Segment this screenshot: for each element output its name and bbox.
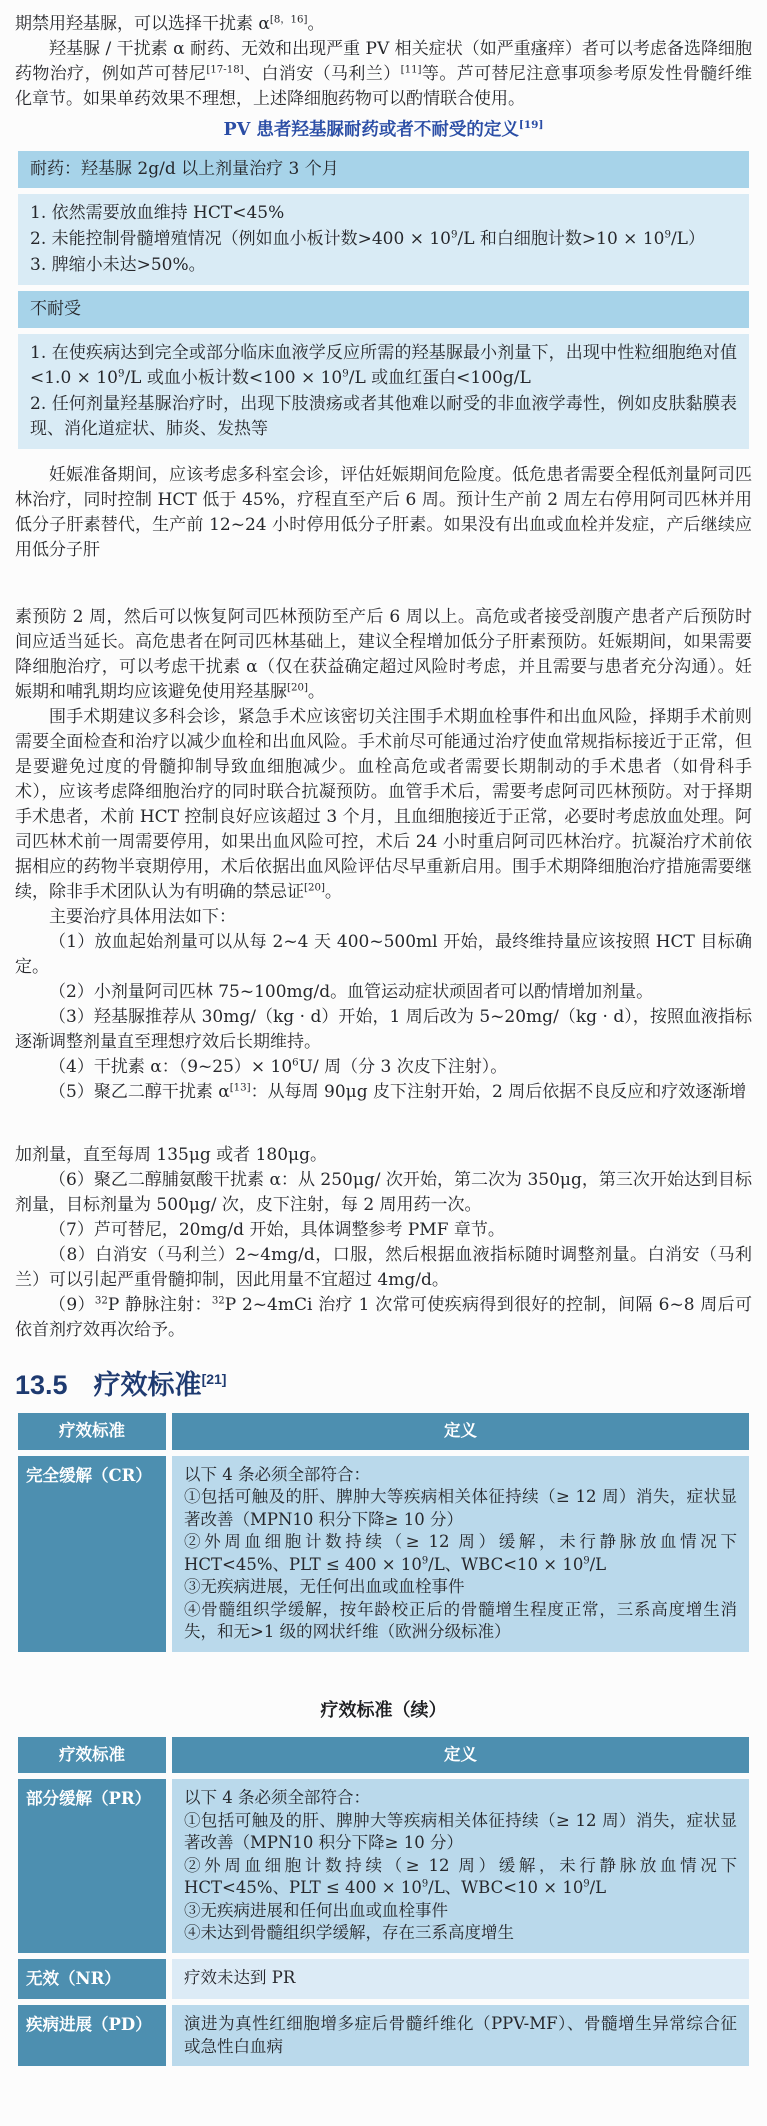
table1-intolerance-criteria: 1. 在使疾病达到完全或部分临床血液学反应所需的羟基脲最小剂量下，出现中性粒细胞… [18, 334, 749, 449]
definition-line: ②外周血细胞计数持续（≥ 12 周）缓解，未行静脉放血情况下 HCT<45%、P… [184, 1531, 737, 1576]
definition-line: ③无疾病进展，无任何出血或血栓事件 [184, 1576, 737, 1599]
definition-line: ①包括可触及的肝、脾肿大等疾病相关体征持续（≥ 12 周）消失，症状显著改善（M… [184, 1486, 737, 1531]
criterion-item: 3. 脾缩小未达>50%。 [30, 253, 737, 278]
guideline-document-page: 期禁用羟基脲，可以选择干扰素 α[8，16]。 羟基脲 / 干扰素 α 耐药、无… [0, 0, 767, 2126]
definition-line: ③无疾病进展和任何出血或血栓事件 [184, 1900, 737, 1923]
criterion-item: 2. 任何剂量羟基脲治疗时，出现下肢溃疡或者其他难以耐受的非血液学毒性，例如皮肤… [30, 392, 737, 442]
response-criteria-table-continued: 疗效标准 定义 部分缓解（PR） 以下 4 条必须全部符合： ①包括可触及的肝、… [18, 1737, 749, 2067]
row-definition-nr: 疗效未达到 PR [172, 1959, 749, 2000]
column-header-definition: 定义 [172, 1737, 749, 1774]
paragraph-pregnancy-1: 妊娠准备期间，应该考虑多科室会诊，评估妊娠期间危险度。低危患者需要全程低剂量阿司… [15, 463, 752, 563]
row-label-pd: 疾病进展（PD） [18, 2005, 166, 2066]
usage-item-1: （1）放血起始剂量可以从每 2~4 天 400~500ml 开始，最终维持量应该… [15, 930, 752, 980]
hydroxyurea-resistance-table: 耐药：羟基脲 2g/d 以上剂量治疗 3 个月 1. 依然需要放血维持 HCT<… [18, 151, 749, 449]
page-break-gap [15, 1105, 752, 1143]
paragraph-alternative-cytoreduction: 羟基脲 / 干扰素 α 耐药、无效和出现严重 PV 相关症状（如严重瘙痒）者可以… [15, 37, 752, 112]
row-definition-pd: 演进为真性红细胞增多症后骨髓纤维化（PPV-MF）、骨髓增生异常综合征或急性白血… [172, 2005, 749, 2066]
table1-resistance-criteria: 1. 依然需要放血维持 HCT<45% 2. 未能控制骨髓增殖情况（例如血小板计… [18, 194, 749, 285]
section-number: 13.5 [15, 1370, 68, 1400]
page-break-gap [15, 563, 752, 605]
definition-line: ②外周血细胞计数持续（≥ 12 周）缓解，未行静脉放血情况下 HCT<45%、P… [184, 1855, 737, 1900]
definition-line: ④骨髓组织学缓解，按年龄校正后的骨髓增生程度正常，三系高度增生消失，和无>1 级… [184, 1599, 737, 1644]
usage-item-6: （6）聚乙二醇脯氨酸干扰素 α：从 250μg/ 次开始，第二次为 350μg，… [15, 1168, 752, 1218]
table1-title: PV 患者羟基脲耐药或者不耐受的定义[19] [15, 118, 752, 143]
row-label-cr: 完全缓解（CR） [18, 1456, 166, 1652]
definition-line: 以下 4 条必须全部符合： [184, 1787, 737, 1810]
section-title: 疗效标准 [94, 1370, 202, 1400]
paragraph-pregnancy-2: 素预防 2 周，然后可以恢复阿司匹林预防至产后 6 周以上。高危或者接受剖腹产患… [15, 605, 752, 705]
column-header-criteria: 疗效标准 [18, 1413, 166, 1450]
usage-item-3: （3）羟基脲推荐从 30mg/（kg · d）开始，1 周后改为 5~20mg/… [15, 1005, 752, 1055]
usage-item-8: （8）白消安（马利兰）2~4mg/d，口服，然后根据血液指标随时调整剂量。白消安… [15, 1243, 752, 1293]
usage-item-7: （7）芦可替尼，20mg/d 开始，具体调整参考 PMF 章节。 [15, 1218, 752, 1243]
section-heading-13-5: 13.5疗效标准[21] [15, 1369, 752, 1401]
paragraph-perioperative: 围手术期建议多科会诊，紧急手术应该密切关注围手术期血栓事件和出血风险，择期手术前… [15, 705, 752, 905]
row-definition-cr: 以下 4 条必须全部符合： ①包括可触及的肝、脾肿大等疾病相关体征持续（≥ 12… [172, 1456, 749, 1652]
row-definition-pr: 以下 4 条必须全部符合： ①包括可触及的肝、脾肿大等疾病相关体征持续（≥ 12… [172, 1779, 749, 1953]
paragraph-interferon-note: 期禁用羟基脲，可以选择干扰素 α[8，16]。 [15, 12, 752, 37]
column-header-definition: 定义 [172, 1413, 749, 1450]
row-label-pr: 部分缓解（PR） [18, 1779, 166, 1953]
definition-line: ①包括可触及的肝、脾肿大等疾病相关体征持续（≥ 12 周）消失，症状显著改善（M… [184, 1810, 737, 1855]
row-label-nr: 无效（NR） [18, 1959, 166, 2000]
criterion-item: 1. 在使疾病达到完全或部分临床血液学反应所需的羟基脲最小剂量下，出现中性粒细胞… [30, 341, 737, 391]
criterion-item: 1. 依然需要放血维持 HCT<45% [30, 201, 737, 226]
usage-item-5-continuation: 加剂量，直至每周 135μg 或者 180μg。 [15, 1143, 752, 1168]
response-criteria-table: 疗效标准 定义 完全缓解（CR） 以下 4 条必须全部符合： ①包括可触及的肝、… [18, 1413, 749, 1652]
usage-item-2: （2）小剂量阿司匹林 75~100mg/d。血管运动症状顽固者可以酌情增加剂量。 [15, 980, 752, 1005]
criterion-item: 2. 未能控制骨髓增殖情况（例如血小板计数>400 × 109/L 和白细胞计数… [30, 227, 737, 252]
table1-header-resistance: 耐药：羟基脲 2g/d 以上剂量治疗 3 个月 [18, 151, 749, 188]
usage-item-4: （4）干扰素 α：（9~25）× 106U/ 周（分 3 次皮下注射）。 [15, 1055, 752, 1080]
usage-item-5: （5）聚乙二醇干扰素 α[13]：从每周 90μg 皮下注射开始，2 周后依据不… [15, 1080, 752, 1105]
definition-line: ④未达到骨髓组织学缓解，存在三系高度增生 [184, 1922, 737, 1945]
table1-header-intolerance: 不耐受 [18, 291, 749, 328]
column-header-criteria: 疗效标准 [18, 1737, 166, 1774]
section-reference: [21] [202, 1371, 227, 1387]
definition-line: 以下 4 条必须全部符合： [184, 1464, 737, 1487]
continued-table-title: 疗效标准（续） [15, 1698, 752, 1723]
paragraph-usage-intro: 主要治疗具体用法如下： [15, 905, 752, 930]
usage-item-9: （9）32P 静脉注射：32P 2~4mCi 治疗 1 次常可使疾病得到很好的控… [15, 1293, 752, 1343]
